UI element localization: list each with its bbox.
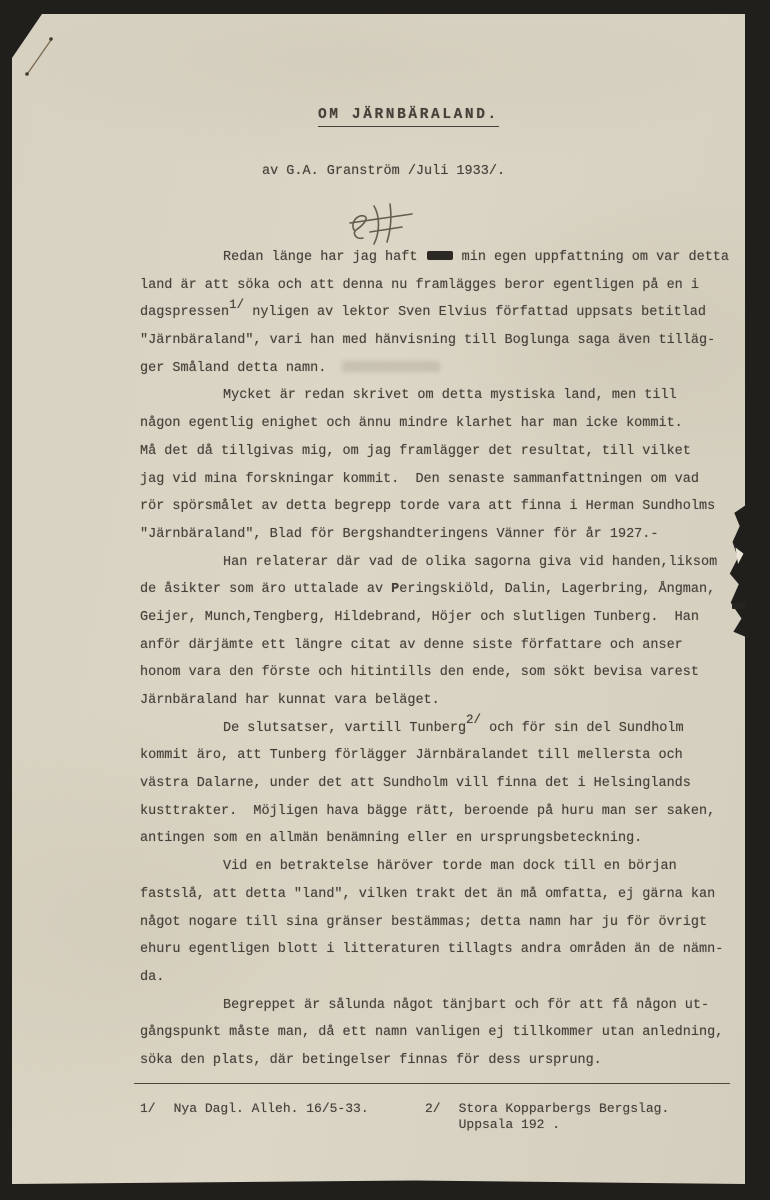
text-line: Han relaterar där vad de olika sagorna g… [140,555,740,583]
handwritten-scribble [340,192,420,250]
document-byline: av G.A. Granström /Juli 1933/. [262,164,505,179]
text-line: Redan länge har jag haft min egen uppfat… [140,250,740,278]
paragraph: Vid en betraktelse häröver torde man doc… [140,859,740,997]
scan-background: OM JÄRNBÄRALAND. av G.A. Granström /Juli… [0,0,770,1200]
footnote-1: 1/ Nya Dagl. Alleh. 16/5-33. [140,1101,425,1133]
text-line: Må det då tillgivas mig, om jag framlägg… [140,444,740,472]
text-line: "Järnbäraland", vari han med hänvisning … [140,333,740,361]
document-page: OM JÄRNBÄRALAND. av G.A. Granström /Juli… [12,14,745,1184]
footnote-1-text: Nya Dagl. Alleh. 16/5-33. [174,1101,369,1133]
text-line: gångspunkt måste man, då ett namn vanlig… [140,1025,740,1053]
text-line: de åsikter som äro uttalade av Peringski… [140,582,740,610]
overstruck-letter: P [391,582,399,597]
text-line: söka den plats, där betingelser finnas f… [140,1053,740,1081]
text-line: Begreppet är sålunda något tänjbart och … [140,998,740,1026]
paragraph: Redan länge har jag haft min egen uppfat… [140,250,740,388]
paragraph: Mycket är redan skrivet om detta mystisk… [140,388,740,554]
pen-scratch-mark [18,30,68,88]
edge-mark [732,603,748,609]
text-line: någon egentlig enighet och ännu mindre k… [140,416,740,444]
text-line: kusttrakter. Möjligen hava bägge rätt, b… [140,804,740,832]
footnote-2-ref: 2/ [425,1101,441,1133]
text-line: Vid en betraktelse häröver torde man doc… [140,859,740,887]
text-line: "Järnbäraland", Blad för Bergshandtering… [140,527,740,555]
paragraph: Han relaterar där vad de olika sagorna g… [140,555,740,721]
text-line: rör spörsmålet av detta begrepp torde va… [140,499,740,527]
footnote-2: 2/ Stora Kopparbergs Bergslag. Uppsala 1… [425,1101,669,1133]
text-line: kommit äro, att Tunberg förlägger Järnbä… [140,748,740,776]
text-line: De slutsatser, vartill Tunberg2/ och för… [140,721,740,749]
footnote-2-line2: Uppsala 192 . [459,1117,670,1133]
text-line: något nogare till sina gränser bestämmas… [140,915,740,943]
text-line: västra Dalarne, under det att Sundholm v… [140,776,740,804]
text-line: da. [140,970,740,998]
text-line: jag vid mina forskningar kommit. Den sen… [140,472,740,500]
text-line: ger Småland detta namn. [140,361,740,389]
document-body: Redan länge har jag haft min egen uppfat… [140,250,740,1081]
footnote-ref: 2/ [466,713,481,727]
text-line: antingen som en allmän benämning eller e… [140,831,740,859]
text-line: Järnbäraland har kunnat vara beläget. [140,693,740,721]
footnote-ref: 1/ [229,298,244,312]
erased-text-smudge [342,361,440,372]
paragraph: Begreppet är sålunda något tänjbart och … [140,998,740,1081]
footnote-divider [134,1083,730,1084]
footnote-1-ref: 1/ [140,1101,156,1133]
ink-blot [427,251,453,260]
text-line: honom vara den förste och hitintills den… [140,665,740,693]
text-line: ehuru egentligen blott i litteraturen ti… [140,942,740,970]
text-line: fastslå, att detta "land", vilken trakt … [140,887,740,915]
footnote-2-line1: Stora Kopparbergs Bergslag. [459,1101,670,1117]
text-line: Mycket är redan skrivet om detta mystisk… [140,388,740,416]
document-title: OM JÄRNBÄRALAND. [318,107,499,127]
footnotes: 1/ Nya Dagl. Alleh. 16/5-33. 2/ Stora Ko… [140,1101,740,1133]
text-line: Geijer, Munch,Tengberg, Hildebrand, Höje… [140,610,740,638]
text-line: dagspressen1/ nyligen av lektor Sven Elv… [140,305,740,333]
paragraph: De slutsatser, vartill Tunberg2/ och för… [140,721,740,859]
text-line: anför därjämte ett längre citat av denne… [140,638,740,666]
